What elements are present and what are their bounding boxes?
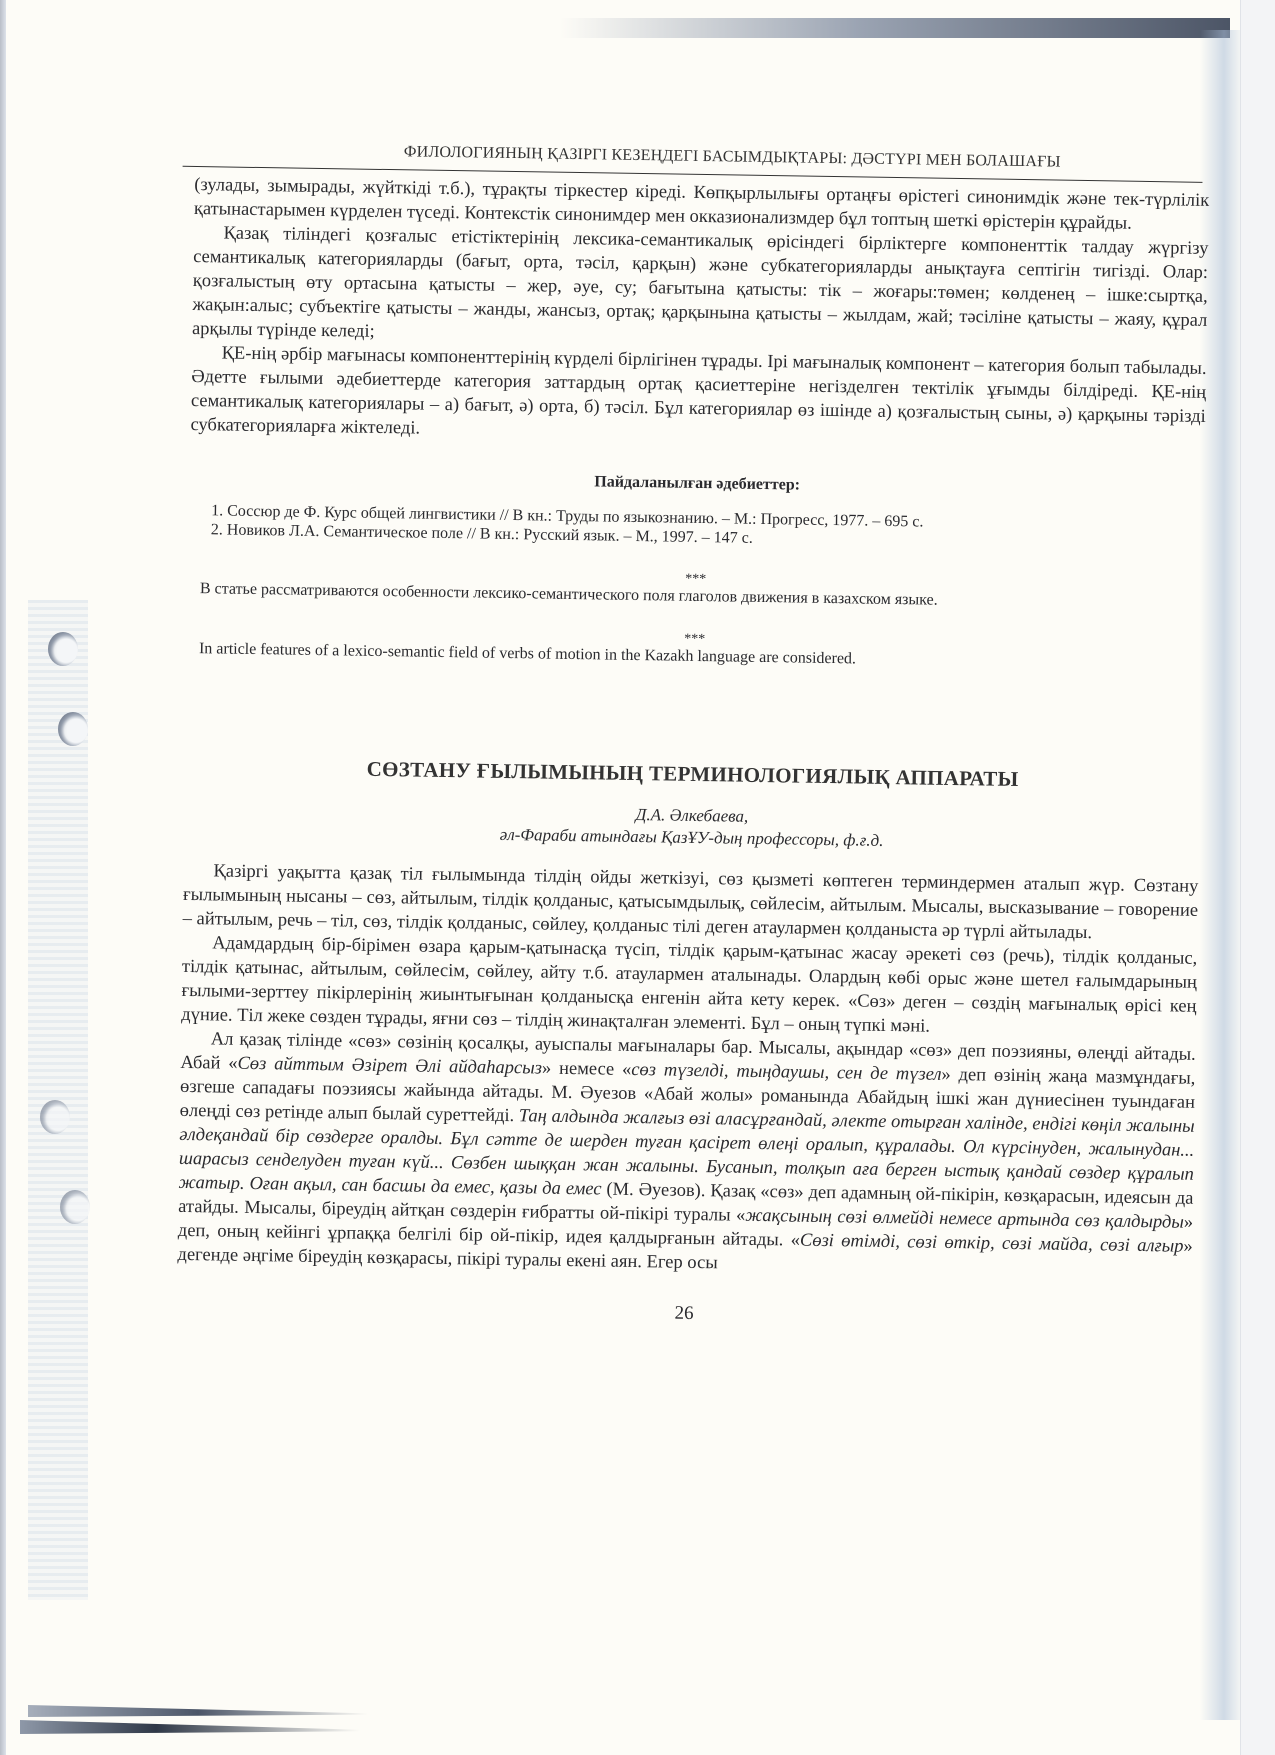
paragraph: Ал қазақ тілінде «сөз» сөзінің қосалқы, … bbox=[177, 1027, 1196, 1283]
punch-hole-icon bbox=[60, 1190, 90, 1224]
paragraph: ҚЕ-нің әрбір мағынасы компоненттерінің к… bbox=[190, 341, 1206, 453]
punch-hole-icon bbox=[58, 712, 88, 746]
page-number: 26 bbox=[177, 1295, 1192, 1333]
scan-streak bbox=[28, 1705, 368, 1717]
paragraph: Қазақ тіліндегі қозғалыс етістіктерінің … bbox=[192, 221, 1209, 357]
references-title: Пайдаланылған әдебиеттер: bbox=[190, 467, 1205, 501]
scan-streak bbox=[20, 1720, 360, 1734]
scan-shadow-top bbox=[560, 18, 1230, 38]
paragraph: Адамдардың бір-бірімен өзара қарым-қатын… bbox=[181, 931, 1197, 1043]
article-title: СӨЗТАНУ ҒЫЛЫМЫНЫҢ ТЕРМИНОЛОГИЯЛЫҚ АППАРА… bbox=[185, 754, 1200, 795]
document-page: ФИЛОЛОГИЯНЫҢ ҚАЗІРГІ КЕЗЕҢДЕГІ БАСЫМДЫҚТ… bbox=[177, 140, 1210, 1333]
punch-hole-icon bbox=[48, 632, 78, 666]
scan-edge bbox=[0, 0, 6, 1755]
punch-hole-icon bbox=[40, 1100, 70, 1134]
scan-margin-right bbox=[1240, 0, 1275, 1755]
